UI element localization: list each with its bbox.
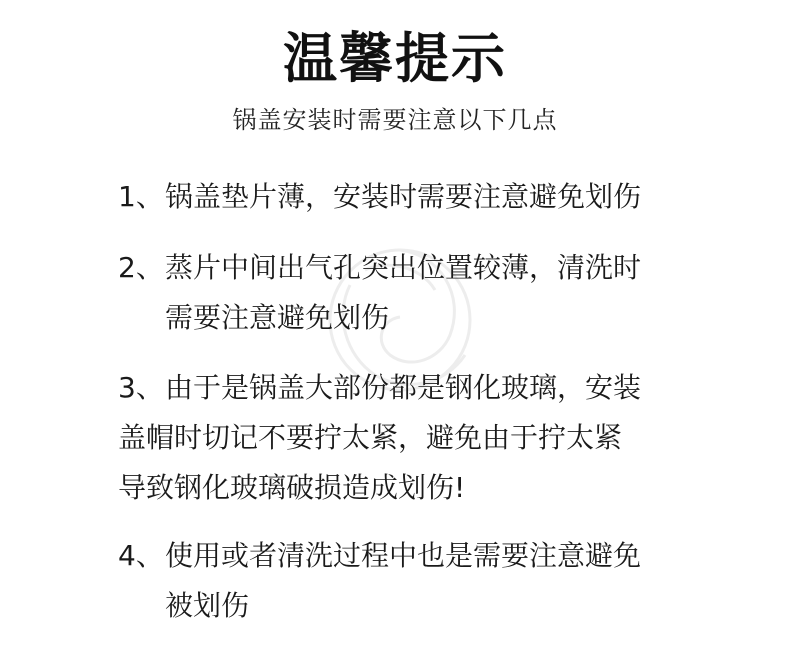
tip-text: 使用或者清洗过程中也是需要注意避免 [165,539,641,572]
tip-item-3: 3、由于是锅盖大部份都是钢化玻璃，安装 盖帽时切记不要拧太紧，避免由于拧太紧 导… [118,363,698,513]
tip-line: 盖帽时切记不要拧太紧，避免由于拧太紧 [118,413,698,463]
tip-number: 3、 [118,363,165,413]
tip-line: 4、使用或者清洗过程中也是需要注意避免 [118,531,698,581]
tip-line: 1、锅盖垫片薄，安装时需要注意避免划伤 [118,172,698,222]
tip-line: 被划伤 [118,581,698,631]
tip-number: 2、 [118,243,165,293]
tip-text: 锅盖垫片薄，安装时需要注意避免划伤 [165,180,641,213]
tip-number: 4、 [118,531,165,581]
tip-line: 导致钢化玻璃破损造成划伤! [118,463,698,513]
tip-line: 2、蒸片中间出气孔突出位置较薄，清洗时 [118,243,698,293]
tip-number: 1、 [118,172,165,222]
tip-line: 3、由于是锅盖大部份都是钢化玻璃，安装 [118,363,698,413]
tip-item-4: 4、使用或者清洗过程中也是需要注意避免 被划伤 [118,531,698,631]
tip-text: 蒸片中间出气孔突出位置较薄，清洗时 [165,251,641,284]
tip-line: 需要注意避免划伤 [118,293,698,343]
page-title: 温馨提示 [0,24,790,94]
tip-item-1: 1、锅盖垫片薄，安装时需要注意避免划伤 [118,172,698,222]
tip-text: 由于是锅盖大部份都是钢化玻璃，安装 [165,371,641,404]
page-subtitle: 锅盖安装时需要注意以下几点 [0,102,790,138]
tip-item-2: 2、蒸片中间出气孔突出位置较薄，清洗时 需要注意避免划伤 [118,243,698,343]
